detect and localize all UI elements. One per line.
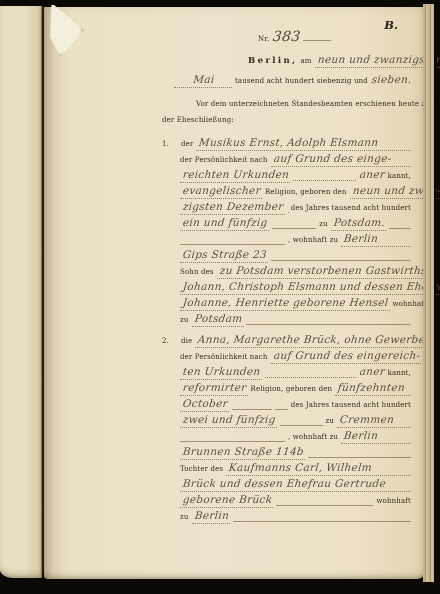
- groom-birthyear-line: ein und fünfzigzuPotsdam.: [180, 217, 414, 233]
- bride-parents-line: Brück und dessen Ehefrau Gertrude: [180, 478, 414, 494]
- bride-parents-line: geborene Brückwohnhaft: [180, 494, 414, 510]
- printed-text: am: [300, 57, 311, 65]
- groom-parents-line: Johann, Christoph Elsmann und dessen Ehe…: [180, 281, 414, 297]
- registry-book-photo: B. Nr.383Berlin,amneun und zwanzigstente…: [0, 0, 440, 594]
- printed-text: der Persönlichkeit nach: [180, 353, 268, 361]
- bride-name-line: 2.dieAnna, Margarethe Brück, ohne Gewerb…: [180, 334, 414, 350]
- handwritten-text: auf Grund des einge-: [271, 153, 413, 167]
- groom-parents-line: Johanne, Henriette geborene Henselwohnha…: [180, 297, 414, 313]
- handwritten-text: zigsten Dezember: [180, 201, 286, 215]
- groom-religion-birth-line: evangelischerReligion, geboren denneun u…: [180, 185, 414, 201]
- handwritten-text: aner: [359, 366, 386, 378]
- printed-text: wohnhaft: [376, 497, 411, 505]
- printed-text: zu: [319, 220, 328, 228]
- rule-line: [180, 440, 285, 442]
- handwritten-text: Brunnen Straße 114b: [180, 446, 307, 460]
- handwritten-record-number: 383: [272, 29, 301, 45]
- printed-text: zu: [180, 513, 189, 521]
- printed-text: tausend acht hundert siebenzig und: [235, 77, 368, 85]
- printed-text: Religion, geboren den: [251, 385, 333, 393]
- rule-line: [271, 259, 411, 261]
- rule-line: [280, 424, 323, 426]
- bride-birthyear-line: zwei und fünfzigzuCremmen: [180, 414, 414, 430]
- printed-text: die: [181, 337, 192, 345]
- handwritten-text: ein und fünfzig: [180, 217, 270, 231]
- printed-text: Religion, geboren den: [265, 188, 347, 196]
- printed-city-label: Berlin,: [248, 56, 297, 66]
- groom-name-line: 1.derMusikus Ernst, Adolph Elsmann: [180, 137, 414, 153]
- rule-line: [303, 39, 331, 41]
- registry-page: B. Nr.383Berlin,amneun und zwanzigstente…: [44, 7, 424, 579]
- bride-street-line: Brunnen Straße 114b: [180, 446, 414, 462]
- handwritten-text: Anna, Margarethe Brück, ohne Gewerbe.: [195, 334, 431, 348]
- printed-text: des Jahres tausend acht hundert: [291, 204, 411, 212]
- handwritten-text: Kaufmanns Carl, Wilhelm: [226, 462, 412, 476]
- item-number: 1.: [162, 140, 178, 148]
- record-number-line: Nr.383: [258, 29, 414, 45]
- printed-text: Vor dem unterzeichneten Standesbeamten e…: [196, 100, 440, 108]
- bride-parents-residence-line: zuBerlin: [180, 510, 414, 526]
- handwritten-text: zu Potsdam verstorbenen Gastwirths: [217, 265, 429, 279]
- form-content: Nr.383Berlin,amneun und zwanzigstentenMa…: [162, 29, 414, 526]
- handwritten-text: Brück und dessen Ehefrau Gertrude: [180, 478, 412, 492]
- handwritten-text: ten Urkunden: [180, 366, 263, 380]
- rule-line: [233, 520, 411, 522]
- groom-residence-line: , wohnhaft zuBerlin: [180, 233, 414, 249]
- printed-text: kannt,: [388, 172, 411, 180]
- groom-street-line: Gips Straße 23: [180, 249, 414, 265]
- handwritten-text: reichten Urkunden: [180, 169, 292, 183]
- groom-birthdate-line: zigsten Dezemberdes Jahres tausend acht …: [180, 201, 414, 217]
- groom-parents-residence-line: zuPotsdam: [180, 313, 414, 329]
- groom-identity-line: der Persönlichkeit nachauf Grund des ein…: [180, 153, 414, 169]
- handwritten-text: neun und zwanzigsten: [315, 54, 440, 68]
- handwritten-text: Potsdam: [192, 313, 245, 327]
- bride-parents-line: Tochter desKaufmanns Carl, Wilhelm: [180, 462, 414, 478]
- printed-text: Tochter des: [180, 465, 223, 473]
- handwritten-text: Johann, Christoph Elsmann und dessen Ehe…: [180, 281, 440, 295]
- item-number: 2.: [162, 337, 178, 345]
- printed-text: der Persönlichkeit nach: [180, 156, 268, 164]
- rule-line: [389, 227, 411, 229]
- dotted-line: [265, 376, 357, 378]
- rule-line: [276, 504, 373, 506]
- previous-page-edge: [0, 6, 42, 578]
- handwritten-text: zwei und fünfzig: [180, 414, 278, 428]
- rule-line: [246, 323, 411, 325]
- handwritten-text: Berlin: [341, 430, 412, 444]
- bride-identity-line: ten Urkundenanerkannt,: [180, 366, 414, 382]
- torn-corner: [50, 5, 84, 57]
- printed-text: zu: [326, 417, 335, 425]
- handwritten-text: evangelischer: [180, 185, 263, 199]
- handwritten-text: Berlin: [341, 233, 412, 247]
- printed-text: wohnhaft: [393, 300, 428, 308]
- printed-text: , wohnhaft zu: [288, 236, 338, 244]
- printed-text: des Jahres tausend acht hundert: [291, 401, 411, 409]
- preamble-line: Vor dem unterzeichneten Standesbeamten e…: [162, 100, 414, 116]
- handwritten-text: sieben.: [371, 74, 412, 86]
- handwritten-text: October: [180, 398, 231, 412]
- date-line: Maitausend acht hundert siebenzig undsie…: [174, 74, 414, 90]
- printed-text: Nr.: [258, 35, 269, 43]
- printed-text: der Eheschließung:: [162, 116, 234, 124]
- rule-line: [232, 408, 272, 410]
- handwritten-text: Mai: [174, 74, 233, 88]
- handwritten-text: Potsdam.: [331, 217, 388, 231]
- printed-text: der: [181, 140, 193, 148]
- handwritten-text: Berlin: [192, 510, 232, 524]
- bride-residence-line: , wohnhaft zuBerlin: [180, 430, 414, 446]
- handwritten-text: Cremmen: [337, 414, 412, 428]
- handwritten-text: reformirter: [180, 382, 249, 396]
- stacked-page-edges: [423, 4, 434, 582]
- handwritten-text: geborene Brück: [180, 494, 275, 508]
- rule-line: [308, 456, 411, 458]
- bride-religion-birth-line: reformirterReligion, geboren denfünfzehn…: [180, 382, 414, 398]
- rule-line: [180, 243, 285, 245]
- bride-identity-line: der Persönlichkeit nachauf Grund des ein…: [180, 350, 414, 366]
- printed-text: , wohnhaft zu: [288, 433, 338, 441]
- printed-text: kannt,: [388, 369, 411, 377]
- groom-parents-line: Sohn deszu Potsdam verstorbenen Gastwirt…: [180, 265, 414, 281]
- printed-text: Sohn des: [180, 268, 214, 276]
- handwritten-text: Musikus Ernst, Adolph Elsmann: [196, 137, 412, 151]
- handwritten-text: auf Grund des eingereich-: [271, 350, 423, 364]
- bride-birthdate-line: Octoberdes Jahres tausend acht hundert: [180, 398, 414, 414]
- handwritten-text: fünfzehnten: [335, 382, 412, 396]
- handwritten-text: aner: [359, 169, 386, 181]
- handwritten-text: Johanne, Henriette geborene Hensel: [180, 297, 391, 311]
- preamble-line: der Eheschließung:: [162, 116, 414, 132]
- rule-line: [272, 227, 317, 229]
- dotted-line: [293, 179, 356, 181]
- handwritten-text: Gips Straße 23: [180, 249, 269, 263]
- rule-line: [275, 408, 288, 410]
- place-date-line: Berlin,amneun und zwanzigstenten: [248, 54, 414, 70]
- printed-text: zu: [180, 316, 189, 324]
- groom-identity-line: reichten Urkundenanerkannt,: [180, 169, 414, 185]
